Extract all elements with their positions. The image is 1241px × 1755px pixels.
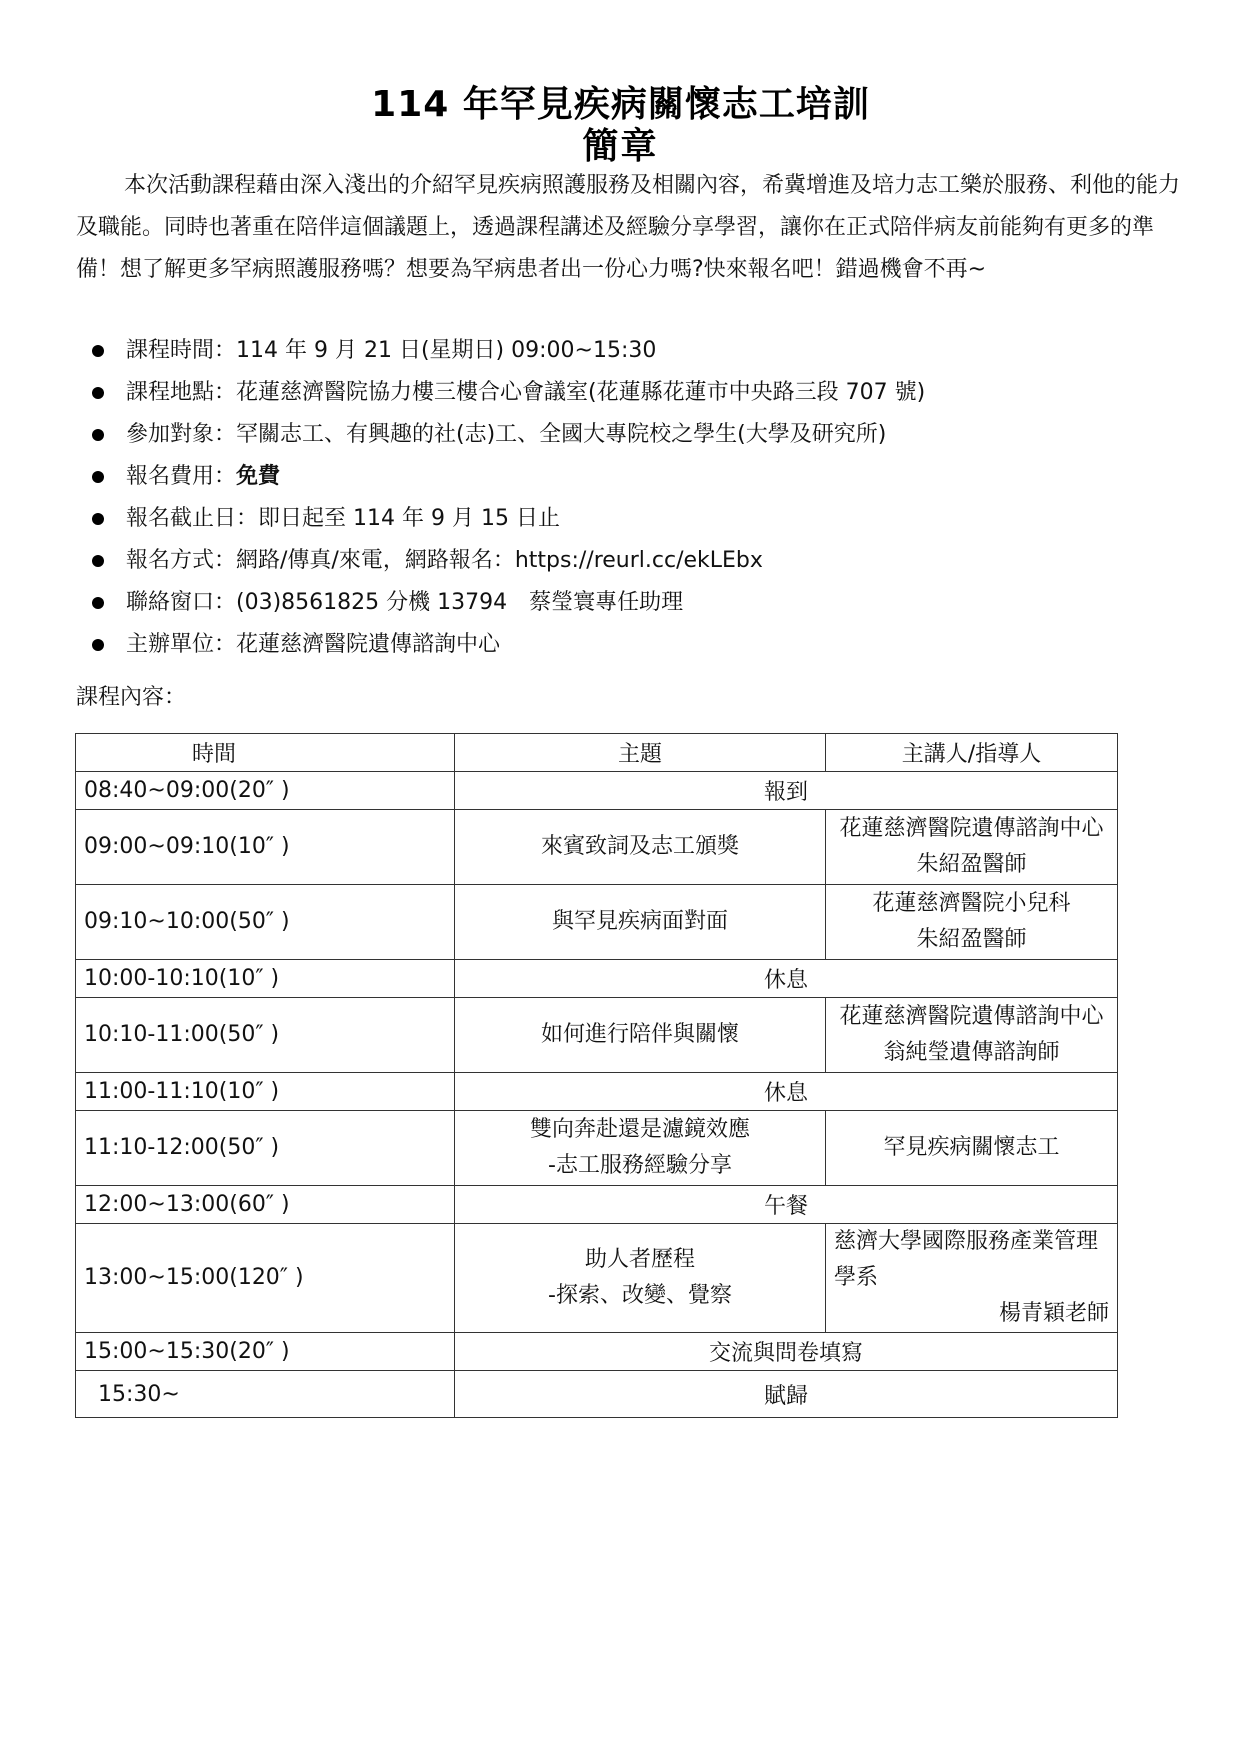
header-topic: 主題 <box>455 734 826 772</box>
row-time: 09:00~09:10(10″ ) <box>76 810 455 885</box>
topic-line: 如何進行陪伴與關懷 <box>541 1022 739 1047</box>
table-row: 15:30~ 賦歸 <box>76 1371 1118 1418</box>
speaker-line: 翁純瑩遺傳諮詢師 <box>834 1035 1109 1071</box>
topic-line: -志工服務經驗分享 <box>463 1148 817 1184</box>
table-row: 09:10~10:00(50″ ) 與罕見疾病面對面 花蓮慈濟醫院小兒科朱紹盈醫… <box>76 885 1118 960</box>
detail-value: 114 年 9 月 21 日(星期日) 09:00~15:30 <box>236 338 656 363</box>
intro-paragraph: 本次活動課程藉由深入淺出的介紹罕見疾病照護服務及相關內容，希冀增進及培力志工樂於… <box>76 165 1186 291</box>
speaker-line: 花蓮慈濟醫院小兒科 <box>834 886 1109 922</box>
topic-line: 雙向奔赴還是濾鏡效應 <box>463 1112 817 1148</box>
detail-value: 即日起至 114 年 9 月 15 日止 <box>258 506 560 531</box>
row-merged: 午餐 <box>455 1186 1118 1224</box>
topic-line: 來賓致詞及志工頒獎 <box>541 834 739 859</box>
detail-registration-method: 報名方式：網路/傳真/來電，網路報名：https://reurl.cc/ekLE… <box>90 540 1190 582</box>
table-row: 12:00~13:00(60″ ) 午餐 <box>76 1186 1118 1224</box>
schedule-table: 時間 主題 主講人/指導人 08:40~09:00(20″ ) 報到 09:00… <box>75 733 1118 1418</box>
speaker-line: 朱紹盈醫師 <box>834 847 1109 883</box>
speaker-line: 慈濟大學國際服務產業管理學系 <box>834 1224 1109 1296</box>
table-row: 08:40~09:00(20″ ) 報到 <box>76 772 1118 810</box>
row-topic: 雙向奔赴還是濾鏡效應-志工服務經驗分享 <box>455 1111 826 1186</box>
detail-label: 參加對象： <box>126 422 236 447</box>
intro-text: 本次活動課程藉由深入淺出的介紹罕見疾病照護服務及相關內容，希冀增進及培力志工樂於… <box>76 165 1186 291</box>
detail-value: 花蓮慈濟醫院協力樓三樓合心會議室(花蓮縣花蓮市中央路三段 707 號) <box>236 380 925 405</box>
document-subtitle: 簡章 <box>0 118 1241 169</box>
bullet-icon <box>92 513 104 525</box>
row-time: 09:10~10:00(50″ ) <box>76 885 455 960</box>
speaker-line: 罕見疾病關懷志工 <box>834 1130 1109 1166</box>
detail-value: 花蓮慈濟醫院遺傳諮詢中心 <box>236 632 500 657</box>
row-merged: 休息 <box>455 960 1118 998</box>
header-speaker: 主講人/指導人 <box>826 734 1118 772</box>
row-speaker: 花蓮慈濟醫院遺傳諮詢中心翁純瑩遺傳諮詢師 <box>826 998 1118 1073</box>
row-merged: 交流與問卷填寫 <box>455 1333 1118 1371</box>
table-row: 10:10-11:00(50″ ) 如何進行陪伴與關懷 花蓮慈濟醫院遺傳諮詢中心… <box>76 998 1118 1073</box>
row-merged: 賦歸 <box>455 1371 1118 1418</box>
row-time: 08:40~09:00(20″ ) <box>76 772 455 810</box>
row-time: 12:00~13:00(60″ ) <box>76 1186 455 1224</box>
detail-label: 報名截止日： <box>126 506 258 531</box>
detail-value: 免費 <box>236 464 280 489</box>
detail-label: 報名費用： <box>126 464 236 489</box>
row-time: 11:10-12:00(50″ ) <box>76 1111 455 1186</box>
row-speaker: 花蓮慈濟醫院遺傳諮詢中心朱紹盈醫師 <box>826 810 1118 885</box>
bullet-icon <box>92 345 104 357</box>
detail-value[interactable]: 網路/傳真/來電，網路報名：https://reurl.cc/ekLEbx <box>236 548 763 573</box>
topic-line: 與罕見疾病面對面 <box>552 909 728 934</box>
row-topic: 助人者歷程-探索、改變、覺察 <box>455 1224 826 1333</box>
row-speaker: 罕見疾病關懷志工 <box>826 1111 1118 1186</box>
detail-participants: 參加對象：罕關志工、有興趣的社(志)工、全國大專院校之學生(大學及研究所) <box>90 414 1190 456</box>
row-topic: 來賓致詞及志工頒獎 <box>455 810 826 885</box>
row-time: 15:30~ <box>76 1371 455 1418</box>
bullet-icon <box>92 429 104 441</box>
row-topic: 與罕見疾病面對面 <box>455 885 826 960</box>
table-row: 11:00-11:10(10″ ) 休息 <box>76 1073 1118 1111</box>
row-time: 10:00-10:10(10″ ) <box>76 960 455 998</box>
detail-course-location: 課程地點：花蓮慈濟醫院協力樓三樓合心會議室(花蓮縣花蓮市中央路三段 707 號) <box>90 372 1190 414</box>
bullet-icon <box>92 555 104 567</box>
schedule-section-label: 課程內容： <box>76 680 186 711</box>
bullet-icon <box>92 597 104 609</box>
table-row: 11:10-12:00(50″ ) 雙向奔赴還是濾鏡效應-志工服務經驗分享 罕見… <box>76 1111 1118 1186</box>
topic-line: 助人者歷程 <box>463 1242 817 1278</box>
detail-label: 課程地點： <box>126 380 236 405</box>
event-details-list: 課程時間：114 年 9 月 21 日(星期日) 09:00~15:30 課程地… <box>90 330 1190 666</box>
row-topic: 如何進行陪伴與關懷 <box>455 998 826 1073</box>
detail-value: (03)8561825 分機 13794 蔡瑩寰專任助理 <box>236 590 683 615</box>
table-header-row: 時間 主題 主講人/指導人 <box>76 734 1118 772</box>
detail-fee: 報名費用：免費 <box>90 456 1190 498</box>
detail-organizer: 主辦單位：花蓮慈濟醫院遺傳諮詢中心 <box>90 624 1190 666</box>
speaker-line: 楊青穎老師 <box>834 1296 1109 1332</box>
detail-label: 課程時間： <box>126 338 236 363</box>
detail-value: 罕關志工、有興趣的社(志)工、全國大專院校之學生(大學及研究所) <box>236 422 886 447</box>
detail-label: 聯絡窗口： <box>126 590 236 615</box>
detail-contact: 聯絡窗口：(03)8561825 分機 13794 蔡瑩寰專任助理 <box>90 582 1190 624</box>
bullet-icon <box>92 387 104 399</box>
row-merged: 報到 <box>455 772 1118 810</box>
row-time: 15:00~15:30(20″ ) <box>76 1333 455 1371</box>
detail-label: 報名方式： <box>126 548 236 573</box>
detail-label: 主辦單位： <box>126 632 236 657</box>
topic-line: -探索、改變、覺察 <box>463 1278 817 1314</box>
row-time: 11:00-11:10(10″ ) <box>76 1073 455 1111</box>
speaker-line: 朱紹盈醫師 <box>834 922 1109 958</box>
table-row: 15:00~15:30(20″ ) 交流與問卷填寫 <box>76 1333 1118 1371</box>
detail-deadline: 報名截止日：即日起至 114 年 9 月 15 日止 <box>90 498 1190 540</box>
table-row: 13:00~15:00(120″ ) 助人者歷程-探索、改變、覺察 慈濟大學國際… <box>76 1224 1118 1333</box>
speaker-line: 花蓮慈濟醫院遺傳諮詢中心 <box>834 999 1109 1035</box>
row-time: 10:10-11:00(50″ ) <box>76 998 455 1073</box>
table-row: 10:00-10:10(10″ ) 休息 <box>76 960 1118 998</box>
row-speaker: 慈濟大學國際服務產業管理學系楊青穎老師 <box>826 1224 1118 1333</box>
bullet-icon <box>92 639 104 651</box>
speaker-line: 花蓮慈濟醫院遺傳諮詢中心 <box>834 811 1109 847</box>
row-time: 13:00~15:00(120″ ) <box>76 1224 455 1333</box>
table-row: 09:00~09:10(10″ ) 來賓致詞及志工頒獎 花蓮慈濟醫院遺傳諮詢中心… <box>76 810 1118 885</box>
row-speaker: 花蓮慈濟醫院小兒科朱紹盈醫師 <box>826 885 1118 960</box>
row-merged: 休息 <box>455 1073 1118 1111</box>
bullet-icon <box>92 471 104 483</box>
header-time: 時間 <box>76 734 455 772</box>
detail-course-time: 課程時間：114 年 9 月 21 日(星期日) 09:00~15:30 <box>90 330 1190 372</box>
